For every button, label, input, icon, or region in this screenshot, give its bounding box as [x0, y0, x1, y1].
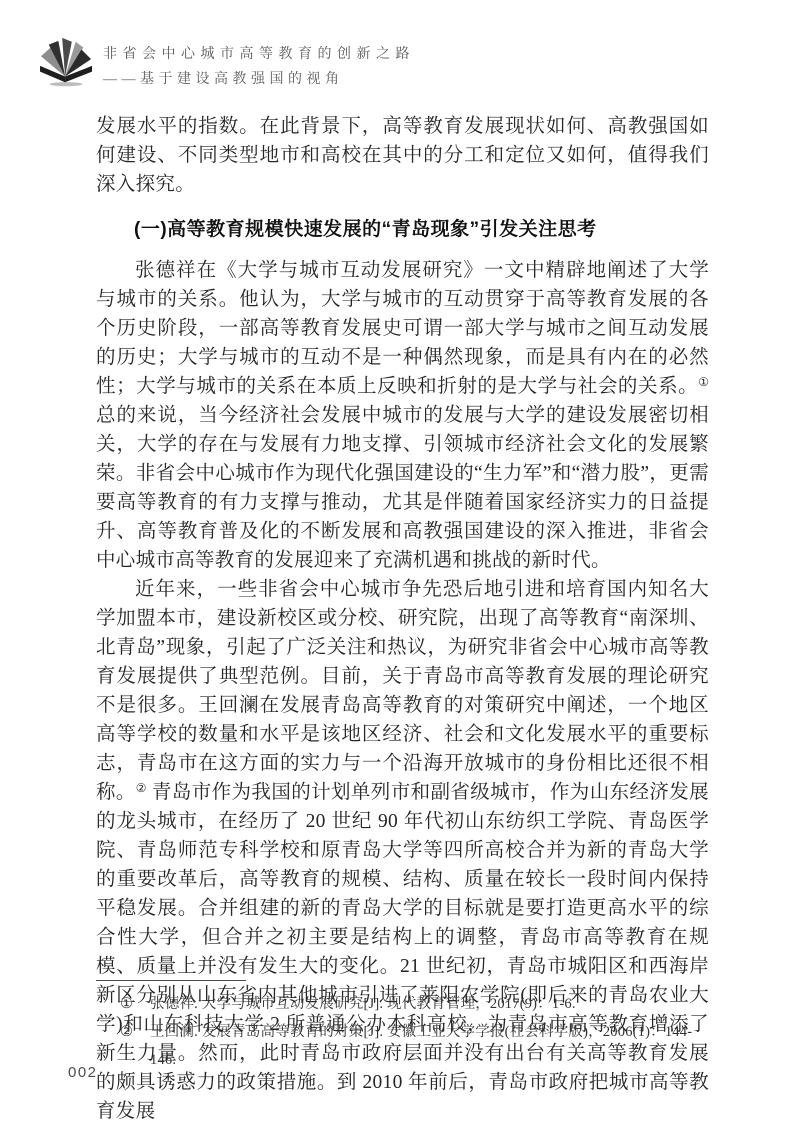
paragraph-text: 张德祥在《大学与城市互动发展研究》一文中精辟地阐述了大学与城市的关系。他认为，大…: [96, 260, 709, 397]
page-body: 发展水平的指数。在此背景下，高等教育发展现状如何、高教强国如何建设、不同类型地市…: [96, 112, 709, 1126]
section-heading: (一)高等教育规模快速发展的“青岛现象”引发关注思考: [96, 215, 709, 244]
footnotes: ①张德祥. 大学与城市互动发展研究[J]. 现代教育管理，2017(9)：1-6…: [96, 980, 709, 1074]
footnote-ref: ①: [698, 375, 709, 389]
paragraph-text: 总的来说，当今经济社会发展中城市的发展与大学的建设发展密切相关，大学的存在与发展…: [96, 405, 709, 571]
open-book-logo-icon: [38, 36, 96, 88]
footnote-separator: [96, 980, 246, 981]
book-subtitle: ——基于建设高教强国的视角: [103, 67, 415, 92]
body-paragraph: 张德祥在《大学与城市互动发展研究》一文中精辟地阐述了大学与城市的关系。他认为，大…: [96, 256, 709, 575]
paragraph-text: 发展水平的指数。在此背景下，高等教育发展现状如何、高教强国如何建设、不同类型地市…: [96, 116, 709, 195]
page-header: 非省会中心城市高等教育的创新之路 ——基于建设高教强国的视角: [38, 36, 415, 92]
footnotes-list: ①张德祥. 大学与城市互动发展研究[J]. 现代教育管理，2017(9)：1-6…: [96, 990, 709, 1074]
header-text: 非省会中心城市高等教育的创新之路 ——基于建设高教强国的视角: [103, 36, 415, 92]
footnote-text: 王回澜. 发展青岛高等教育的对策[J]. 安徽工业大学学报(社会科学版)，200…: [150, 1018, 709, 1074]
footnote-item: ②王回澜. 发展青岛高等教育的对策[J]. 安徽工业大学学报(社会科学版)，20…: [96, 1018, 709, 1074]
book-title: 非省会中心城市高等教育的创新之路: [103, 42, 415, 67]
footnote-marker: ②: [120, 1018, 150, 1046]
footnote-text: 张德祥. 大学与城市互动发展研究[J]. 现代教育管理，2017(9)：1-6.: [150, 990, 709, 1018]
footnote-item: ①张德祥. 大学与城市互动发展研究[J]. 现代教育管理，2017(9)：1-6…: [96, 990, 709, 1018]
page-number: 002: [68, 1064, 98, 1081]
footnote-ref: ②: [136, 781, 147, 795]
paragraph-text: 近年来，一些非省会中心城市争先恐后地引进和培育国内知名大学加盟本市，建设新校区或…: [96, 579, 709, 803]
book-page: 非省会中心城市高等教育的创新之路 ——基于建设高教强国的视角 发展水平的指数。在…: [0, 0, 799, 1129]
footnote-marker: ①: [120, 990, 150, 1018]
body-paragraph: 发展水平的指数。在此背景下，高等教育发展现状如何、高教强国如何建设、不同类型地市…: [96, 112, 709, 199]
